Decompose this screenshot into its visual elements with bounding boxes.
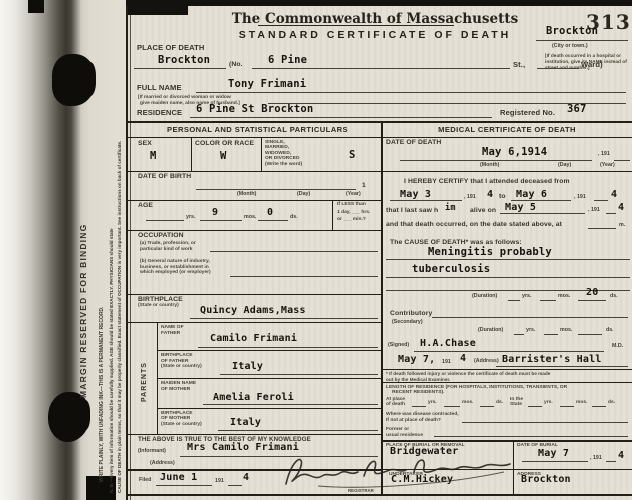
burial-date-value: May 7 bbox=[538, 449, 569, 459]
birth-pre-year: 1 bbox=[362, 182, 366, 189]
form-line bbox=[200, 220, 242, 221]
age-less-note-3: or ___ min.? bbox=[337, 217, 366, 223]
form-line bbox=[228, 485, 242, 486]
father-name-label-2: FATHER bbox=[161, 331, 180, 337]
certify-yr2: 4 bbox=[611, 190, 617, 200]
form-line bbox=[196, 92, 626, 93]
contributory-sub-label: (Secondary) bbox=[392, 320, 423, 326]
row-border bbox=[382, 171, 632, 172]
form-line bbox=[198, 347, 378, 348]
form-line bbox=[514, 334, 524, 335]
form-line bbox=[434, 436, 628, 437]
birthplace-sub-label: (State or country) bbox=[138, 303, 179, 309]
form-line bbox=[390, 200, 462, 201]
certify-from-date: May 3 bbox=[400, 190, 431, 200]
certify-to-date: May 6 bbox=[516, 190, 547, 200]
color-race-label: COLOR OR RACE bbox=[195, 140, 254, 147]
form-line bbox=[444, 406, 460, 407]
birth-year-caption: (Year) bbox=[346, 192, 361, 198]
cell-divider bbox=[332, 200, 333, 230]
undertaker-address-value: Brockton bbox=[521, 475, 571, 485]
form-line bbox=[258, 220, 288, 221]
filed-pre-year: 191 bbox=[215, 479, 224, 485]
cell-divider bbox=[191, 138, 192, 171]
form-line bbox=[230, 276, 378, 277]
certify-pre3: , 191 bbox=[588, 208, 600, 214]
row-border bbox=[157, 350, 381, 351]
in-state-ds: ds. bbox=[608, 400, 615, 406]
registrar-signature bbox=[278, 446, 518, 494]
form-line bbox=[252, 68, 510, 69]
sex-value: M bbox=[150, 151, 157, 162]
title-underline bbox=[258, 25, 454, 26]
margin-reserved-note: MARGIN RESERVED FOR BINDING bbox=[78, 224, 88, 398]
form-line bbox=[500, 213, 585, 214]
form-line bbox=[203, 404, 378, 405]
certificate-left-border bbox=[126, 0, 128, 500]
form-line bbox=[606, 213, 616, 214]
header-city-value: Brockton bbox=[546, 26, 598, 37]
certify-m-label: m. bbox=[619, 223, 625, 229]
death-trailing-year: , 191 bbox=[598, 152, 610, 158]
birthplace-value: Quincy Adams,Mass bbox=[200, 306, 306, 316]
father-birthplace-value: Italy bbox=[232, 362, 263, 372]
cause-ds-caption: ds. bbox=[610, 294, 618, 300]
age-less-note-1: If LESS than bbox=[337, 202, 366, 208]
birth-month-caption: (Month) bbox=[237, 192, 256, 198]
form-line bbox=[496, 366, 628, 367]
header-city-underline bbox=[536, 40, 628, 41]
row-border bbox=[157, 378, 381, 379]
certify-pre2: , 191 bbox=[574, 195, 586, 201]
place-of-death-label: PLACE OF DEATH bbox=[137, 44, 205, 52]
form-line bbox=[544, 334, 558, 335]
contributory-yrs-caption: yrs. bbox=[526, 328, 535, 334]
form-line bbox=[578, 300, 606, 301]
age-ds-caption: ds. bbox=[290, 215, 298, 221]
father-birthplace-label-3: (State or country) bbox=[161, 364, 202, 370]
header-row-border bbox=[126, 137, 632, 139]
father-name-value: Camilo Frimani bbox=[210, 334, 297, 344]
street-value: 6 Pine bbox=[268, 55, 307, 66]
registered-no-label: Registered No. bbox=[500, 109, 555, 117]
cause-value-line2: tuberculosis bbox=[412, 264, 490, 275]
age-less-note-2: 1 day, ___ hrs. bbox=[337, 210, 370, 216]
parents-vertical-label: PARENTS bbox=[141, 362, 148, 402]
certify-to-label: to bbox=[499, 193, 506, 200]
form-line bbox=[190, 117, 492, 118]
row-border bbox=[128, 294, 381, 295]
form-line bbox=[480, 406, 494, 407]
form-line bbox=[614, 160, 630, 161]
filed-year-value: 4 bbox=[243, 473, 249, 483]
form-line bbox=[386, 259, 630, 260]
contributory-mos-caption: mos. bbox=[560, 328, 572, 334]
ward-label: Ward) bbox=[581, 61, 603, 69]
cause-yrs-caption: yrs. bbox=[522, 294, 531, 300]
residence-label: RESIDENCE bbox=[137, 109, 182, 117]
binding-hole-top bbox=[28, 0, 44, 13]
form-line bbox=[528, 406, 542, 407]
death-day-caption: (Day) bbox=[558, 163, 571, 169]
date-of-birth-label: DATE OF BIRTH bbox=[138, 173, 191, 180]
mother-name-label-2: OF MOTHER bbox=[161, 387, 190, 393]
binding-hole-upper-tail bbox=[82, 62, 96, 96]
form-line bbox=[588, 228, 616, 229]
cause-duration-caption: (Duration) bbox=[472, 294, 497, 300]
form-line bbox=[218, 430, 378, 431]
age-days-value: 0 bbox=[267, 208, 273, 218]
contributory-duration-caption: (Duration) bbox=[478, 328, 503, 334]
certify-line2a: that I last saw h bbox=[386, 207, 438, 214]
death-month-caption: (Month) bbox=[480, 163, 499, 169]
row-border bbox=[128, 230, 381, 231]
burial-pre-year: , 191 bbox=[590, 456, 602, 462]
occupation-a-line2: particular kind of work bbox=[140, 247, 192, 253]
signed-pre-year: 191 bbox=[442, 360, 451, 366]
contracted-label-2: If not at place of death? bbox=[386, 418, 441, 424]
binding-hole-lower-tail bbox=[78, 400, 90, 430]
row-border bbox=[382, 369, 632, 370]
color-race-value: W bbox=[220, 151, 227, 162]
form-line bbox=[210, 251, 378, 252]
cause-days-value: 20 bbox=[586, 288, 598, 298]
form-line bbox=[522, 461, 588, 462]
certificate-title: STANDARD CERTIFICATE OF DEATH bbox=[190, 29, 560, 41]
top-tab-mark bbox=[128, 0, 188, 15]
row-border bbox=[382, 382, 632, 384]
margin-write-plainly-note: WRITE PLAINLY, WITH UNFADING INK—THIS IS… bbox=[99, 306, 105, 482]
signed-value: H.A.Chase bbox=[420, 339, 476, 349]
mother-birthplace-value: Italy bbox=[230, 418, 261, 428]
signed-address-value: Barrister's Hall bbox=[502, 355, 602, 365]
form-line bbox=[540, 300, 556, 301]
row-border bbox=[382, 440, 632, 442]
form-line bbox=[196, 189, 356, 190]
table-bottom-border bbox=[126, 494, 632, 496]
in-state-yrs: yrs. bbox=[544, 400, 553, 406]
at-place-mos: mos. bbox=[462, 400, 473, 406]
form-line bbox=[462, 422, 628, 423]
age-months-value: 9 bbox=[212, 208, 218, 218]
informant-label: (Informant) bbox=[138, 449, 166, 455]
age-label: AGE bbox=[138, 202, 153, 209]
age-yrs-caption: yrs. bbox=[186, 215, 195, 221]
contributory-label: Contributory bbox=[390, 310, 432, 317]
marital-value: S bbox=[349, 150, 356, 161]
certify-last-date: May 5 bbox=[505, 203, 536, 213]
signed-year-value: 4 bbox=[460, 354, 466, 364]
signed-md-label: M.D. bbox=[612, 344, 623, 350]
form-line bbox=[508, 300, 520, 301]
form-line bbox=[414, 351, 604, 352]
registered-no-value: 367 bbox=[567, 104, 587, 115]
certificate-left-border-inner bbox=[130, 0, 131, 500]
death-certificate-scan: MARGIN RESERVED FOR BINDING WRITE PLAINL… bbox=[0, 0, 632, 500]
marital-label-5: (Write the word) bbox=[265, 162, 302, 168]
at-place-label-2: of death bbox=[386, 402, 405, 408]
mother-birthplace-label-3: (State or country) bbox=[161, 422, 202, 428]
certify-pre1: , 191 bbox=[464, 195, 476, 201]
full-name-value: Tony Frimani bbox=[228, 79, 306, 90]
certify-line1: I HEREBY CERTIFY that I attended decease… bbox=[404, 178, 570, 185]
margin-nb-note-line1: N. B.—Every item of information should b… bbox=[109, 228, 114, 493]
signed-date-value: May 7, bbox=[398, 355, 435, 365]
row-border bbox=[128, 322, 381, 323]
birth-day-caption: (Day) bbox=[297, 192, 310, 198]
certify-yr3: 4 bbox=[618, 203, 624, 213]
form-line bbox=[578, 334, 602, 335]
in-state-mos: mos. bbox=[576, 400, 587, 406]
personal-section-header: PERSONAL AND STATISTICAL PARTICULARS bbox=[134, 126, 381, 134]
in-state-label-2: State bbox=[510, 402, 522, 408]
form-line bbox=[146, 220, 184, 221]
margin-nb-note-line2: CAUSE OF DEATH in plain terms, so that i… bbox=[117, 141, 122, 493]
certify-yr1: 4 bbox=[487, 190, 493, 200]
form-line bbox=[537, 68, 579, 69]
certify-line3: and that death occurred, on the date sta… bbox=[386, 221, 562, 228]
form-line bbox=[190, 318, 378, 319]
residence-value: 6 Pine St Brockton bbox=[196, 104, 313, 115]
form-line bbox=[220, 374, 378, 375]
form-line bbox=[511, 200, 571, 201]
occupation-b-line3: which employed (or employer) bbox=[140, 270, 211, 276]
form-line bbox=[156, 485, 212, 486]
form-line bbox=[412, 406, 426, 407]
certify-him-value: im bbox=[445, 204, 456, 213]
cause-value-line1: Meningitis probably bbox=[428, 247, 552, 258]
filed-label: Filed bbox=[139, 478, 151, 484]
mother-name-value: Amelia Feroli bbox=[213, 393, 294, 403]
date-of-death-label: DATE OF DEATH bbox=[386, 139, 441, 146]
filed-date-value: June 1 bbox=[160, 473, 197, 483]
certify-line2b: alive on bbox=[470, 207, 496, 214]
form-line bbox=[134, 68, 226, 69]
form-line bbox=[400, 160, 592, 161]
informant-address-label: (Address) bbox=[150, 461, 175, 467]
death-year-caption: (Year) bbox=[600, 163, 615, 169]
signed-address-label: (Address) bbox=[474, 359, 499, 365]
residence-length-label-2: RECENT RESIDENTS). bbox=[392, 390, 444, 396]
form-line bbox=[432, 317, 628, 318]
at-place-yrs: yrs. bbox=[428, 400, 437, 406]
medical-section-header: MEDICAL CERTIFICATE OF DEATH bbox=[382, 126, 632, 134]
header-city-caption: (City or town.) bbox=[552, 44, 588, 50]
contributory-ds-caption: ds. bbox=[606, 328, 614, 334]
row-border bbox=[128, 200, 381, 201]
form-line bbox=[592, 406, 606, 407]
street-no-label: (No. bbox=[229, 61, 243, 68]
form-line bbox=[594, 200, 608, 201]
date-of-death-value: May 6,1914 bbox=[482, 147, 547, 158]
at-place-ds: ds. bbox=[496, 400, 503, 406]
form-line bbox=[606, 461, 616, 462]
signed-label: (Signed) bbox=[388, 343, 409, 349]
form-line bbox=[560, 406, 574, 407]
age-mos-caption: mos. bbox=[244, 215, 256, 221]
place-of-death-value: Brockton bbox=[158, 55, 210, 66]
full-name-label: FULL NAME bbox=[137, 84, 182, 92]
burial-year-value: 4 bbox=[618, 451, 624, 461]
former-residence-label-2: usual residence bbox=[386, 433, 423, 439]
form-line bbox=[386, 277, 630, 278]
cause-mos-caption: mos. bbox=[558, 294, 570, 300]
occupation-label: OCCUPATION bbox=[138, 232, 184, 239]
cell-divider bbox=[261, 138, 262, 171]
sex-label: SEX bbox=[138, 140, 152, 147]
scan-top-edge bbox=[126, 0, 632, 6]
row-border bbox=[157, 408, 381, 409]
row-border bbox=[128, 171, 381, 172]
st-label: St., bbox=[513, 61, 525, 69]
table-top-border bbox=[126, 121, 632, 123]
